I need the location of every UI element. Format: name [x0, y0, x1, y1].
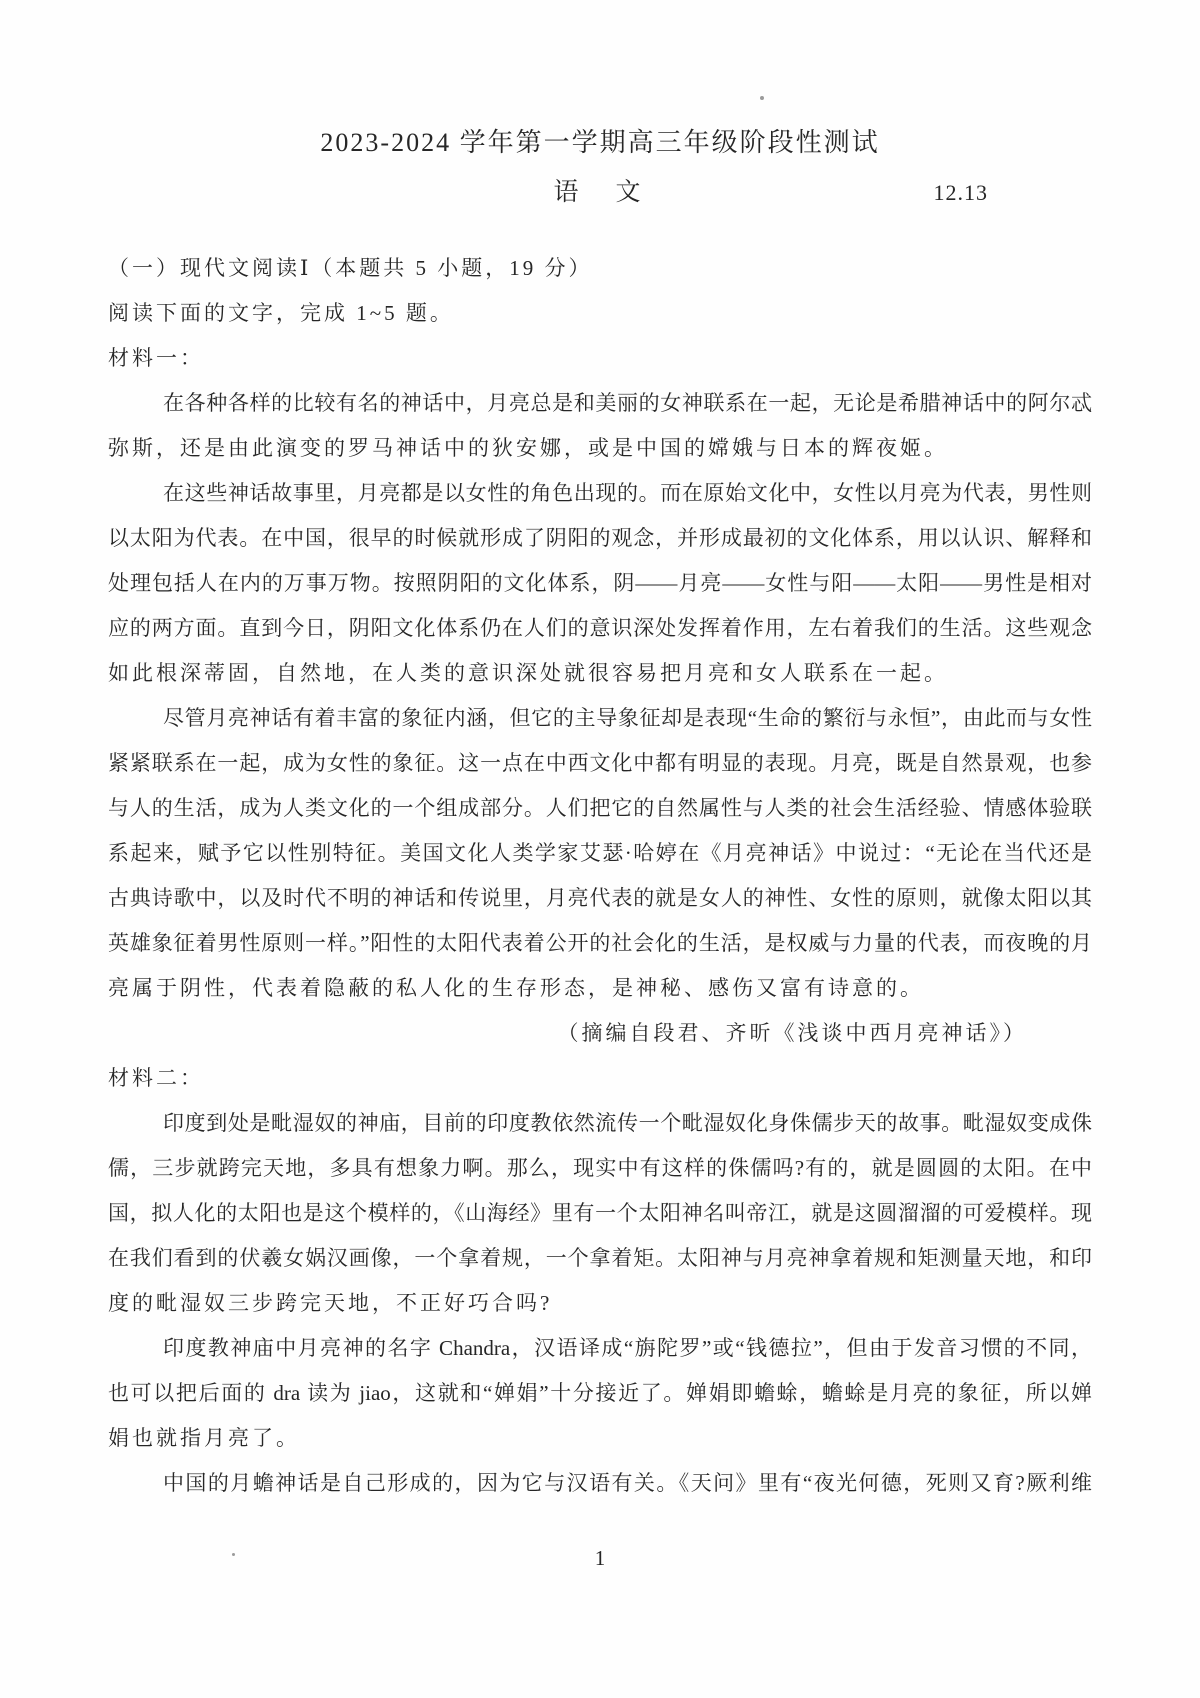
material-label: 材料一：: [108, 336, 1092, 381]
text-line: 在这些神话故事里，月亮都是以女性的角色出现的。而在原始文化中，女性以月亮为代表，…: [108, 471, 1092, 516]
text-line: 系起来，赋予它以性别特征。美国文化人类学家艾瑟·哈婷在《月亮神话》中说过：“无论…: [108, 831, 1092, 876]
reading-instruction: 阅读下面的文字，完成 1~5 题。: [108, 291, 1092, 336]
text-line: 中国的月蟾神话是自己形成的，因为它与汉语有关。《天问》里有“夜光何德，死则又育?…: [108, 1461, 1092, 1506]
text-line: 亮属于阴性，代表着隐蔽的私人化的生存形态，是神秘、感伤又富有诗意的。: [108, 966, 1092, 1011]
text-line: 与人的生活，成为人类文化的一个组成部分。人们把它的自然属性与人类的社会生活经验、…: [108, 786, 1092, 831]
materials: 材料一：在各种各样的比较有名的神话中，月亮总是和美丽的女神联系在一起，无论是希腊…: [108, 336, 1092, 1506]
text-line: 英雄象征着男性原则一样。”阳性的太阳代表着公开的社会化的生活，是权威与力量的代表…: [108, 921, 1092, 966]
text-line: 处理包括人在内的万事万物。按照阴阳的文化体系，阴——月亮——女性与阳——太阳——…: [108, 561, 1092, 606]
section-heading: （一）现代文阅读Ⅰ（本题共 5 小题，19 分）: [108, 246, 1092, 291]
text-line: 尽管月亮神话有着丰富的象征内涵，但它的主导象征却是表现“生命的繁衍与永恒”，由此…: [108, 696, 1092, 741]
subject-row: 语 文 12.13: [0, 176, 1200, 210]
date-label: 12.13: [934, 179, 989, 207]
text-line: 应的两方面。直到今日，阴阳文化体系仍在人们的意识深处发挥着作用，左右着我们的生活…: [108, 606, 1092, 651]
page-number: 1: [0, 1546, 1200, 1571]
exam-paper-page: 2023-2024 学年第一学期高三年级阶段性测试 语 文 12.13 （一）现…: [0, 0, 1200, 1698]
material-section: 材料一：在各种各样的比较有名的神话中，月亮总是和美丽的女神联系在一起，无论是希腊…: [108, 336, 1092, 1056]
page-title: 2023-2024 学年第一学期高三年级阶段性测试: [0, 128, 1200, 158]
text-line: 儒，三步就跨完天地，多具有想象力啊。那么，现实中有这样的侏儒吗?有的，就是圆圆的…: [108, 1146, 1092, 1191]
text-line: 印度到处是毗湿奴的神庙，目前的印度教依然流传一个毗湿奴化身侏儒步天的故事。毗湿奴…: [108, 1101, 1092, 1146]
material-label: 材料二：: [108, 1056, 1092, 1101]
text-line: 以太阳为代表。在中国，很早的时候就形成了阴阳的观念，并形成最初的文化体系，用以认…: [108, 516, 1092, 561]
text-line: 如此根深蒂固，自然地，在人类的意识深处就很容易把月亮和女人联系在一起。: [108, 651, 1092, 696]
text-line: 在各种各样的比较有名的神话中，月亮总是和美丽的女神联系在一起，无论是希腊神话中的…: [108, 381, 1092, 426]
subject-title: 语 文: [0, 176, 1200, 210]
text-line: 度的毗湿奴三步跨完天地，不正好巧合吗?: [108, 1281, 1092, 1326]
text-line: 也可以把后面的 dra 读为 jiao，这就和“婵娟”十分接近了。婵娟即蟾蜍，蟾…: [108, 1371, 1092, 1416]
text-line: 古典诗歌中，以及时代不明的神话和传说里，月亮代表的就是女人的神性、女性的原则，就…: [108, 876, 1092, 921]
text-line: 在我们看到的伏羲女娲汉画像，一个拿着规，一个拿着矩。太阳神与月亮神拿着规和矩测量…: [108, 1236, 1092, 1281]
text-line: 紧紧联系在一起，成为女性的象征。这一点在中西文化中都有明显的表现。月亮，既是自然…: [108, 741, 1092, 786]
attribution: （摘编自段君、齐昕《浅谈中西月亮神话》）: [108, 1011, 1092, 1056]
text-line: 娟也就指月亮了。: [108, 1416, 1092, 1461]
scan-speck: [760, 96, 764, 100]
document-body: （一）现代文阅读Ⅰ（本题共 5 小题，19 分） 阅读下面的文字，完成 1~5 …: [108, 246, 1092, 1506]
text-line: 国，拟人化的太阳也是这个模样的，《山海经》里有一个太阳神名叫帝江，就是这圆溜溜的…: [108, 1191, 1092, 1236]
text-line: 弥斯，还是由此演变的罗马神话中的狄安娜，或是中国的嫦娥与日本的辉夜姬。: [108, 426, 1092, 471]
text-line: 印度教神庙中月亮神的名字 Chandra，汉语译成“旃陀罗”或“钱德拉”，但由于…: [108, 1326, 1092, 1371]
material-section: 材料二：印度到处是毗湿奴的神庙，目前的印度教依然流传一个毗湿奴化身侏儒步天的故事…: [108, 1056, 1092, 1506]
